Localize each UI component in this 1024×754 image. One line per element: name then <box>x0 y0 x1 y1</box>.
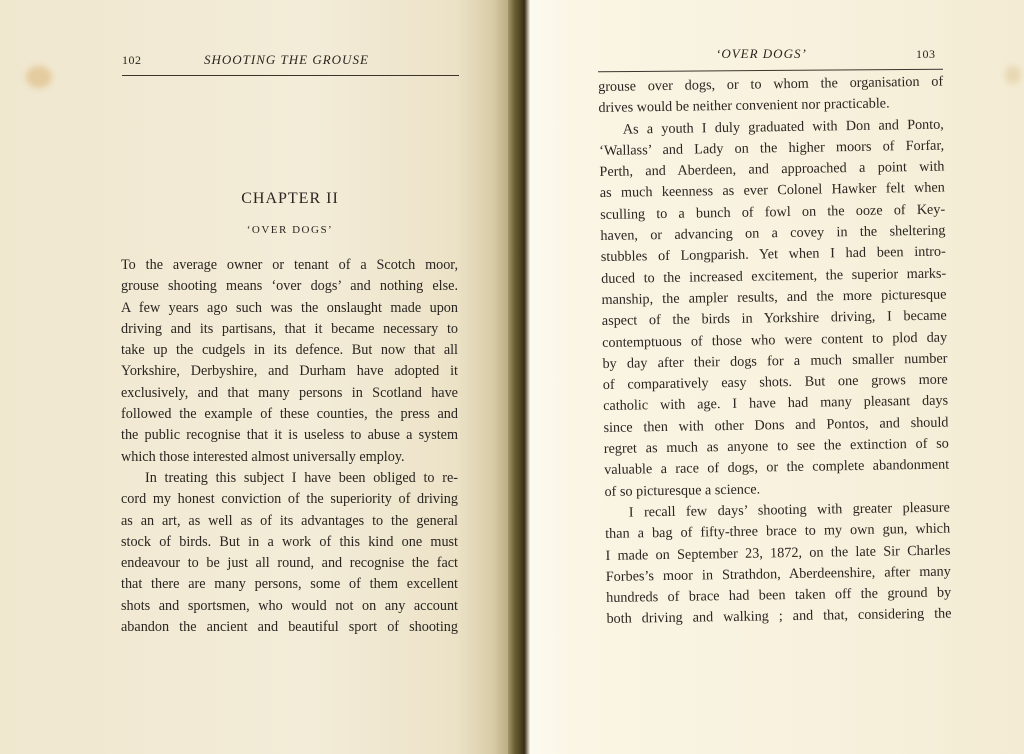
text-line: To the average owner or tenant of a Scot… <box>121 255 458 276</box>
text-line: abandon the ancient and beautiful sport … <box>121 617 458 638</box>
paper-stain <box>1005 66 1021 84</box>
text-line: take up the cudgels in its defence. But … <box>121 340 458 361</box>
right-page-number: 103 <box>916 47 936 62</box>
right-body-text: grouse over dogs, or to whom the organis… <box>598 72 952 631</box>
left-header-rule <box>122 75 459 76</box>
text-line: driving and its partisans, that it becam… <box>121 319 458 340</box>
text-line: the public recognise that it is useless … <box>121 425 458 446</box>
text-line: which those interested almost universall… <box>121 447 458 468</box>
left-page-number: 102 <box>122 53 142 68</box>
text-line: cord my honest conviction of the superio… <box>121 489 458 510</box>
text-line: that there are many persons, some of the… <box>121 574 458 595</box>
left-body-text: To the average owner or tenant of a Scot… <box>121 255 458 638</box>
text-line: endeavour to be just all round, and reco… <box>121 553 458 574</box>
right-running-head: ‘OVER DOGS’ <box>716 46 807 62</box>
text-line: as an art, as well as of its advantages … <box>121 511 458 532</box>
paper-stain <box>26 66 52 88</box>
text-line: A few years ago such was the onslaught m… <box>121 298 458 319</box>
book-spine-gutter <box>508 0 530 754</box>
text-line: shots and sportsmen, who would not on an… <box>121 596 458 617</box>
chapter-title: CHAPTER II <box>120 190 460 208</box>
text-line: grouse shooting means ‘over dogs’ and no… <box>121 276 458 297</box>
text-line: stock of birds. But in a work of this ki… <box>121 532 458 553</box>
chapter-subtitle: ‘OVER DOGS’ <box>120 224 460 236</box>
text-line: In treating this subject I have been obl… <box>121 468 458 489</box>
text-line: exclusively, and that many persons in Sc… <box>121 383 458 404</box>
left-running-head: SHOOTING THE GROUSE <box>204 52 369 68</box>
text-line: followed the example of these counties, … <box>121 404 458 425</box>
text-line: Yorkshire, Derbyshire, and Durham have a… <box>121 361 458 382</box>
